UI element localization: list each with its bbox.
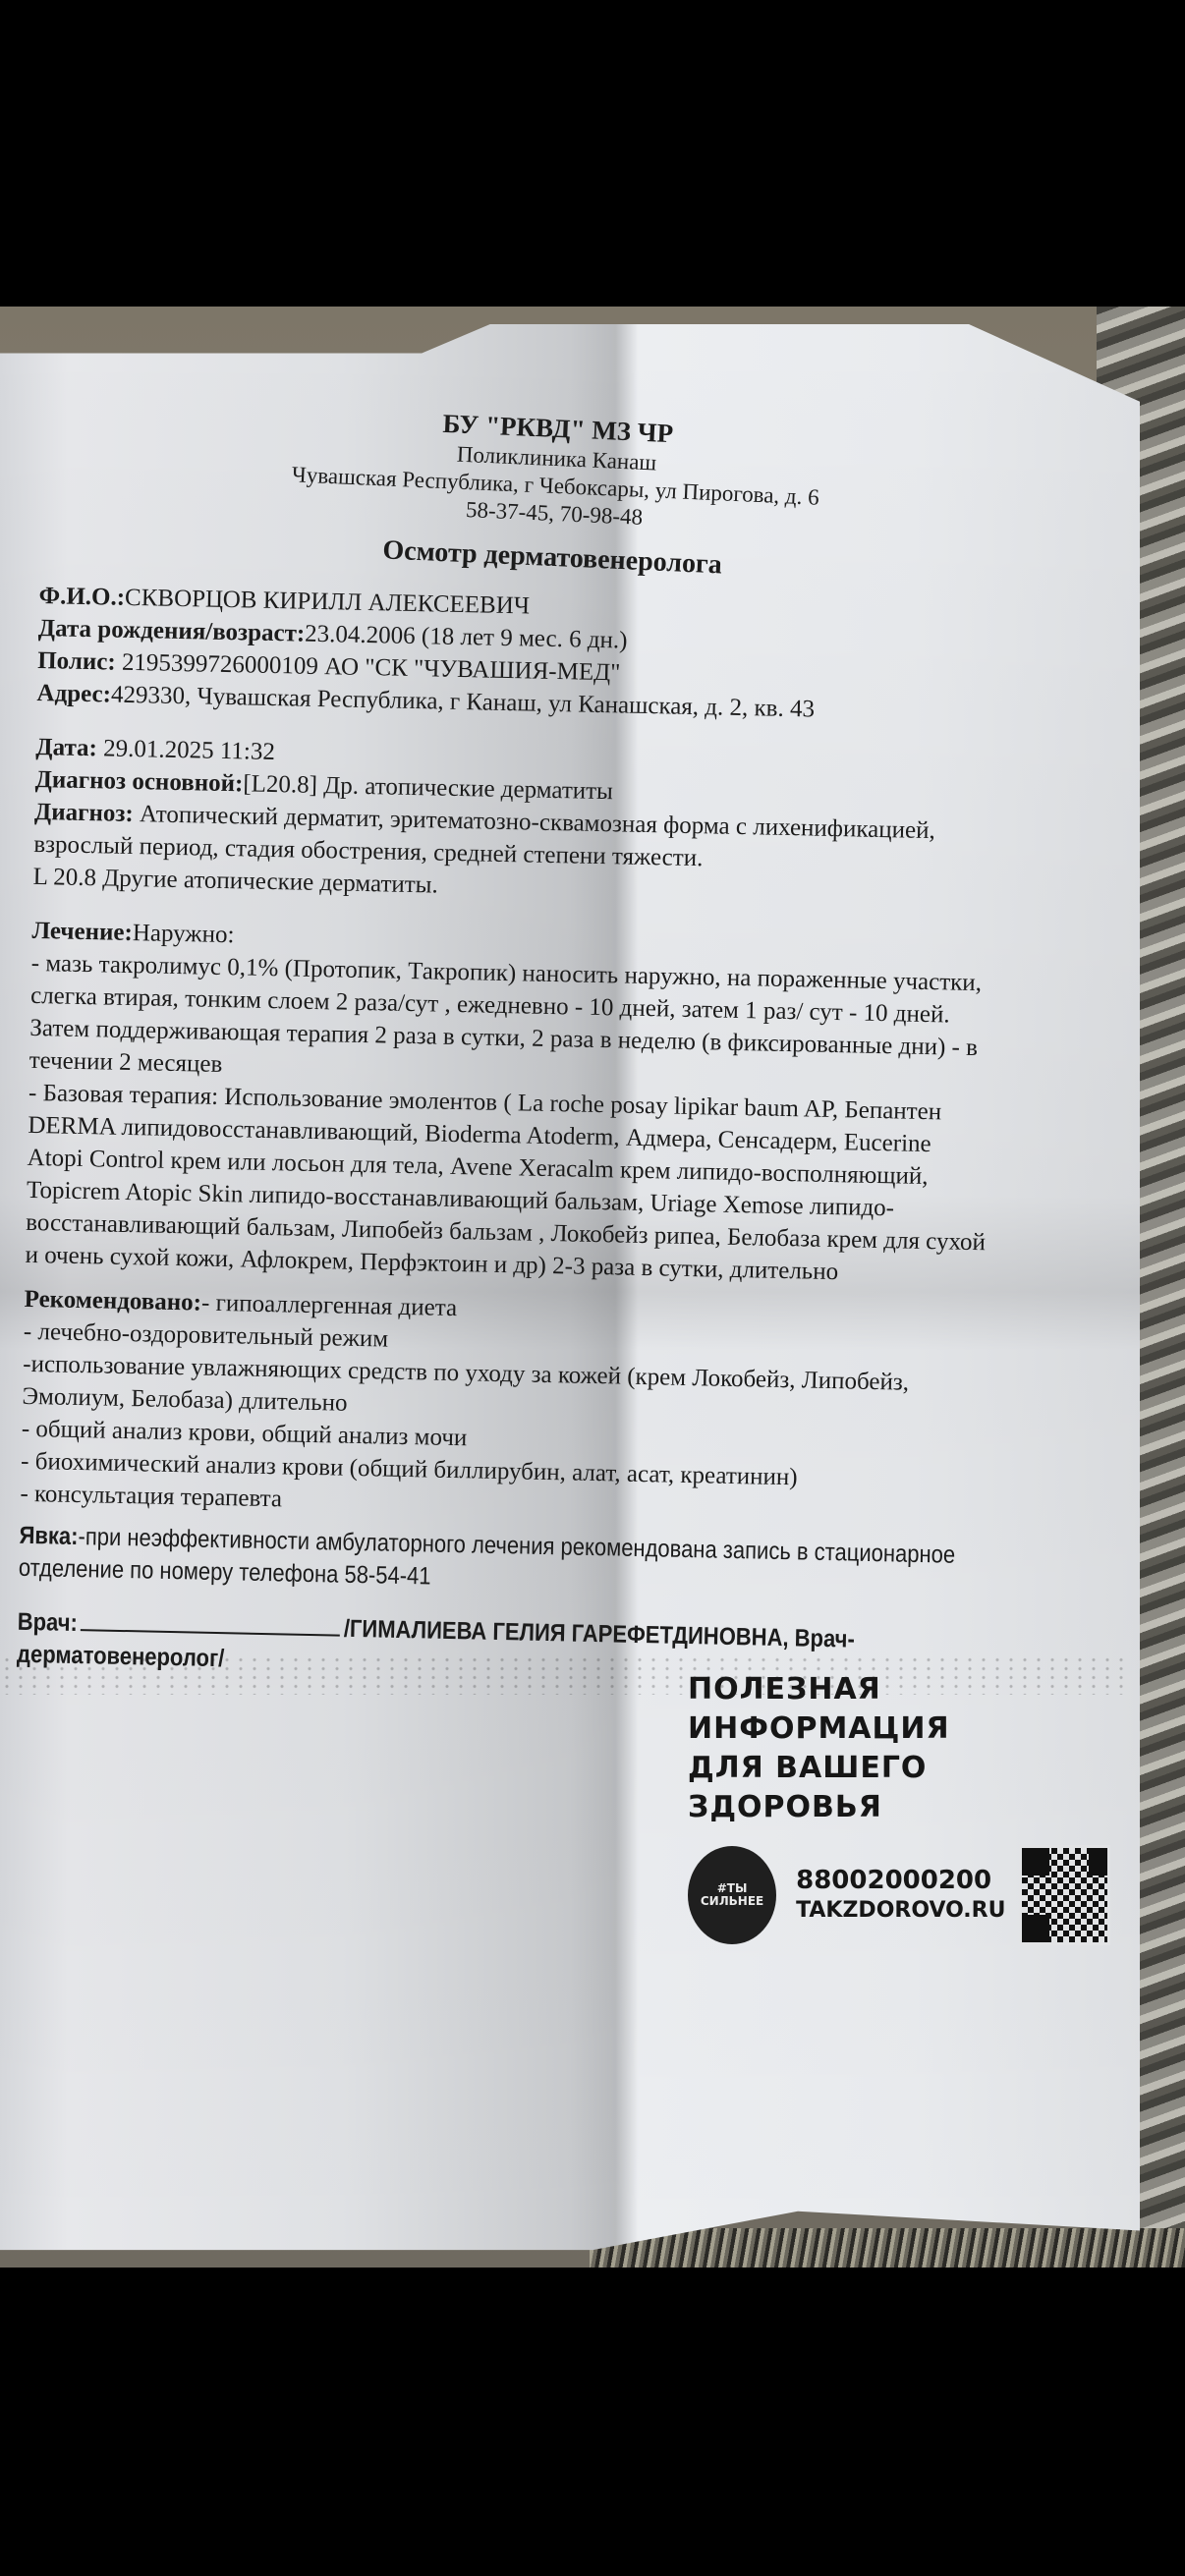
promo-heading-2: ДЛЯ ВАШЕГО ЗДОРОВЬЯ bbox=[688, 1749, 1110, 1827]
promo-contacts-row: #ТЫ СИЛЬНЕЕ 88002000200 TAKZDOROVO.RU bbox=[688, 1845, 1110, 1945]
medical-report-paper: БУ "РКВД" МЗ ЧР Поликлиника Канаш Чувашс… bbox=[0, 324, 1140, 2260]
visit-date-label: Дата: bbox=[35, 734, 97, 761]
signature-line bbox=[81, 1629, 340, 1637]
followup-section: Явка:-при неэффективности амбулаторного … bbox=[17, 1520, 928, 1690]
promo-heading-1: ПОЛЕЗНАЯ ИНФОРМАЦИЯ bbox=[688, 1670, 1110, 1749]
main-diagnosis: [L20.8] Др. атопические дерматиты bbox=[243, 770, 613, 805]
health-info-promo: ПОЛЕЗНАЯ ИНФОРМАЦИЯ ДЛЯ ВАШЕГО ЗДОРОВЬЯ … bbox=[688, 1670, 1110, 1945]
patient-policy-label: Полис: bbox=[37, 647, 116, 676]
main-diagnosis-label: Диагноз основной: bbox=[34, 766, 243, 797]
promo-website: TAKZDOROVO.RU bbox=[796, 1896, 1005, 1926]
patient-name-label: Ф.И.О.: bbox=[38, 583, 125, 611]
report-content: БУ "РКВД" МЗ ЧР Поликлиника Канаш Чувашс… bbox=[39, 324, 1071, 1671]
document-photo: БУ "РКВД" МЗ ЧР Поликлиника Канаш Чувашс… bbox=[0, 307, 1185, 2268]
recommendations-label: Рекомендовано: bbox=[24, 1286, 201, 1316]
diagnosis-label: Диагноз: bbox=[34, 799, 134, 827]
qr-code-icon bbox=[1019, 1845, 1110, 1945]
doctor-label: Врач: bbox=[17, 1608, 78, 1637]
visit-date: 29.01.2025 11:32 bbox=[97, 735, 276, 765]
treatment-label: Лечение: bbox=[31, 918, 133, 946]
background-fabric-bottom bbox=[590, 2228, 1185, 2268]
patient-dob: 23.04.2006 (18 лет 9 мес. 6 дн.) bbox=[305, 621, 628, 654]
treatment-intro: Наружно: bbox=[133, 920, 235, 948]
patient-info: Ф.И.О.:СКВОРЦОВ КИРИЛЛ АЛЕКСЕЕВИЧ Дата р… bbox=[17, 580, 1071, 1693]
report-header: БУ "РКВД" МЗ ЧР Поликлиника Канаш Чувашс… bbox=[36, 390, 1074, 596]
recommendation-item: - гипоаллергенная диета bbox=[201, 1290, 458, 1321]
promo-phone: 88002000200 bbox=[796, 1865, 1005, 1896]
patient-name: СКВОРЦОВ КИРИЛЛ АЛЕКСЕЕВИЧ bbox=[125, 585, 531, 620]
patient-dob-label: Дата рождения/возраст: bbox=[38, 615, 306, 647]
followup-label: Явка: bbox=[19, 1522, 78, 1550]
patient-address-label: Адрес: bbox=[36, 680, 111, 708]
promo-contacts: 88002000200 TAKZDOROVO.RU bbox=[796, 1865, 1005, 1926]
ty-silnee-logo-icon: #ТЫ СИЛЬНЕЕ bbox=[688, 1846, 776, 1944]
